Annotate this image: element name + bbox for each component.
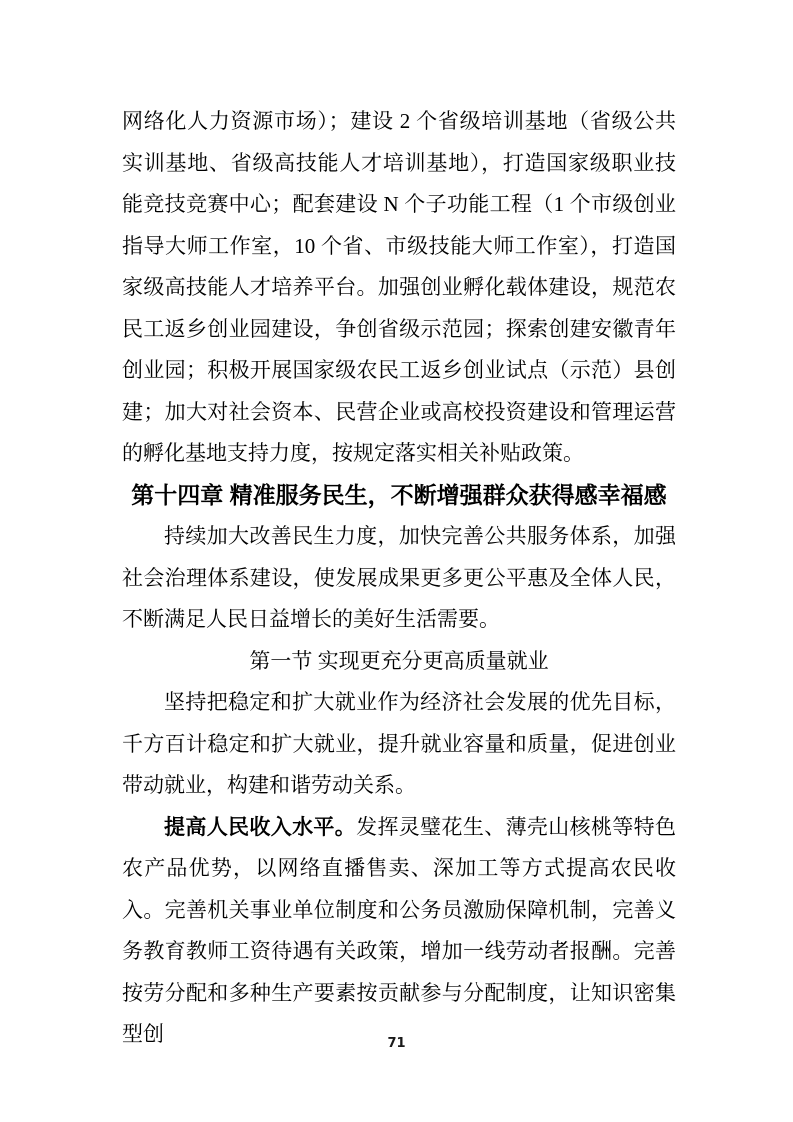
page-number: 71 [0, 1036, 793, 1051]
paragraph-training-bases: 网络化人力资源市场）；建设 2 个省级培训基地（省级公共实训基地、省级高技能人才… [122, 101, 676, 475]
paragraph-income-bold-lead: 提高人民收入水平。 [164, 815, 356, 839]
paragraph-income-body: 发挥灵璧花生、薄壳山核桃等特色农产品优势，以网络直播售卖、深加工等方式提高农民收… [122, 815, 676, 1047]
paragraph-employment: 坚持把稳定和扩大就业作为经济社会发展的优先目标，千方百计稳定和扩大就业，提升就业… [122, 682, 676, 807]
paragraph-income: 提高人民收入水平。发挥灵璧花生、薄壳山核桃等特色农产品优势，以网络直播售卖、深加… [122, 807, 676, 1056]
document-page: 网络化人力资源市场）；建设 2 个省级培训基地（省级公共实训基地、省级高技能人才… [0, 0, 793, 1122]
text-column: 网络化人力资源市场）；建设 2 个省级培训基地（省级公共实训基地、省级高技能人才… [122, 101, 676, 1056]
section-heading: 第一节 实现更充分更高质量就业 [122, 641, 676, 683]
paragraph-livelihood-intro: 持续加大改善民生力度，加快完善公共服务体系，加强社会治理体系建设，使发展成果更多… [122, 516, 676, 641]
chapter-heading: 第十四章 精准服务民生，不断增强群众获得感幸福感 [122, 475, 676, 517]
